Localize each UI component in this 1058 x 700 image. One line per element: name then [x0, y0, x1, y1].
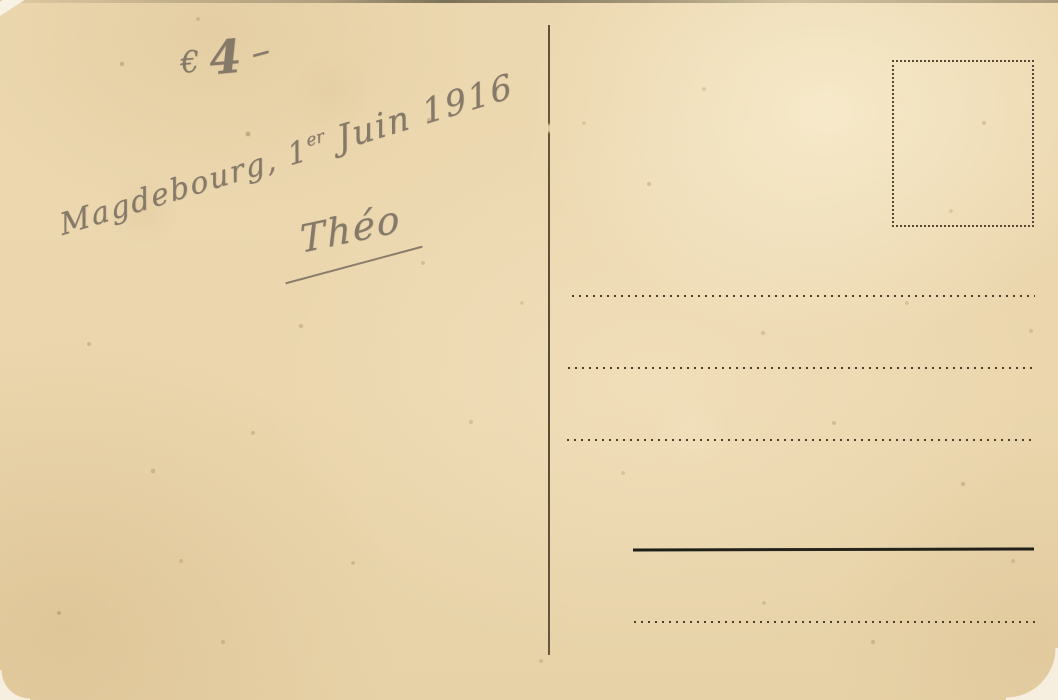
card-corner-bottom-right [1006, 648, 1058, 700]
address-line-3 [567, 439, 1035, 441]
price-dash: – [245, 27, 275, 74]
card-corner-bottom-left [0, 670, 30, 700]
handwritten-message: Magdebourg, 1er Juin 1916 [56, 66, 517, 244]
message-date: Juin 1916 [321, 66, 517, 163]
card-corner-top-left [0, 0, 37, 20]
stamp-box [892, 60, 1034, 227]
heavy-rule-line [633, 547, 1034, 551]
postcard-paper: € 4 – Magdebourg, 1er Juin 1916 Théo [0, 0, 1058, 700]
signature: Théo [299, 196, 403, 262]
center-divider-line [548, 25, 550, 655]
price-marking: € 4 – [178, 26, 272, 88]
postcard-back-scan: € 4 – Magdebourg, 1er Juin 1916 Théo [0, 0, 1058, 700]
message-place: Magdebourg, 1 [57, 133, 311, 243]
price-currency-symbol: € [179, 44, 201, 81]
card-top-edge-shadow [0, 0, 1058, 3]
address-line-2 [568, 367, 1035, 369]
price-amount: 4 [207, 29, 244, 86]
address-line-1 [572, 295, 1035, 297]
address-line-4 [634, 621, 1035, 623]
